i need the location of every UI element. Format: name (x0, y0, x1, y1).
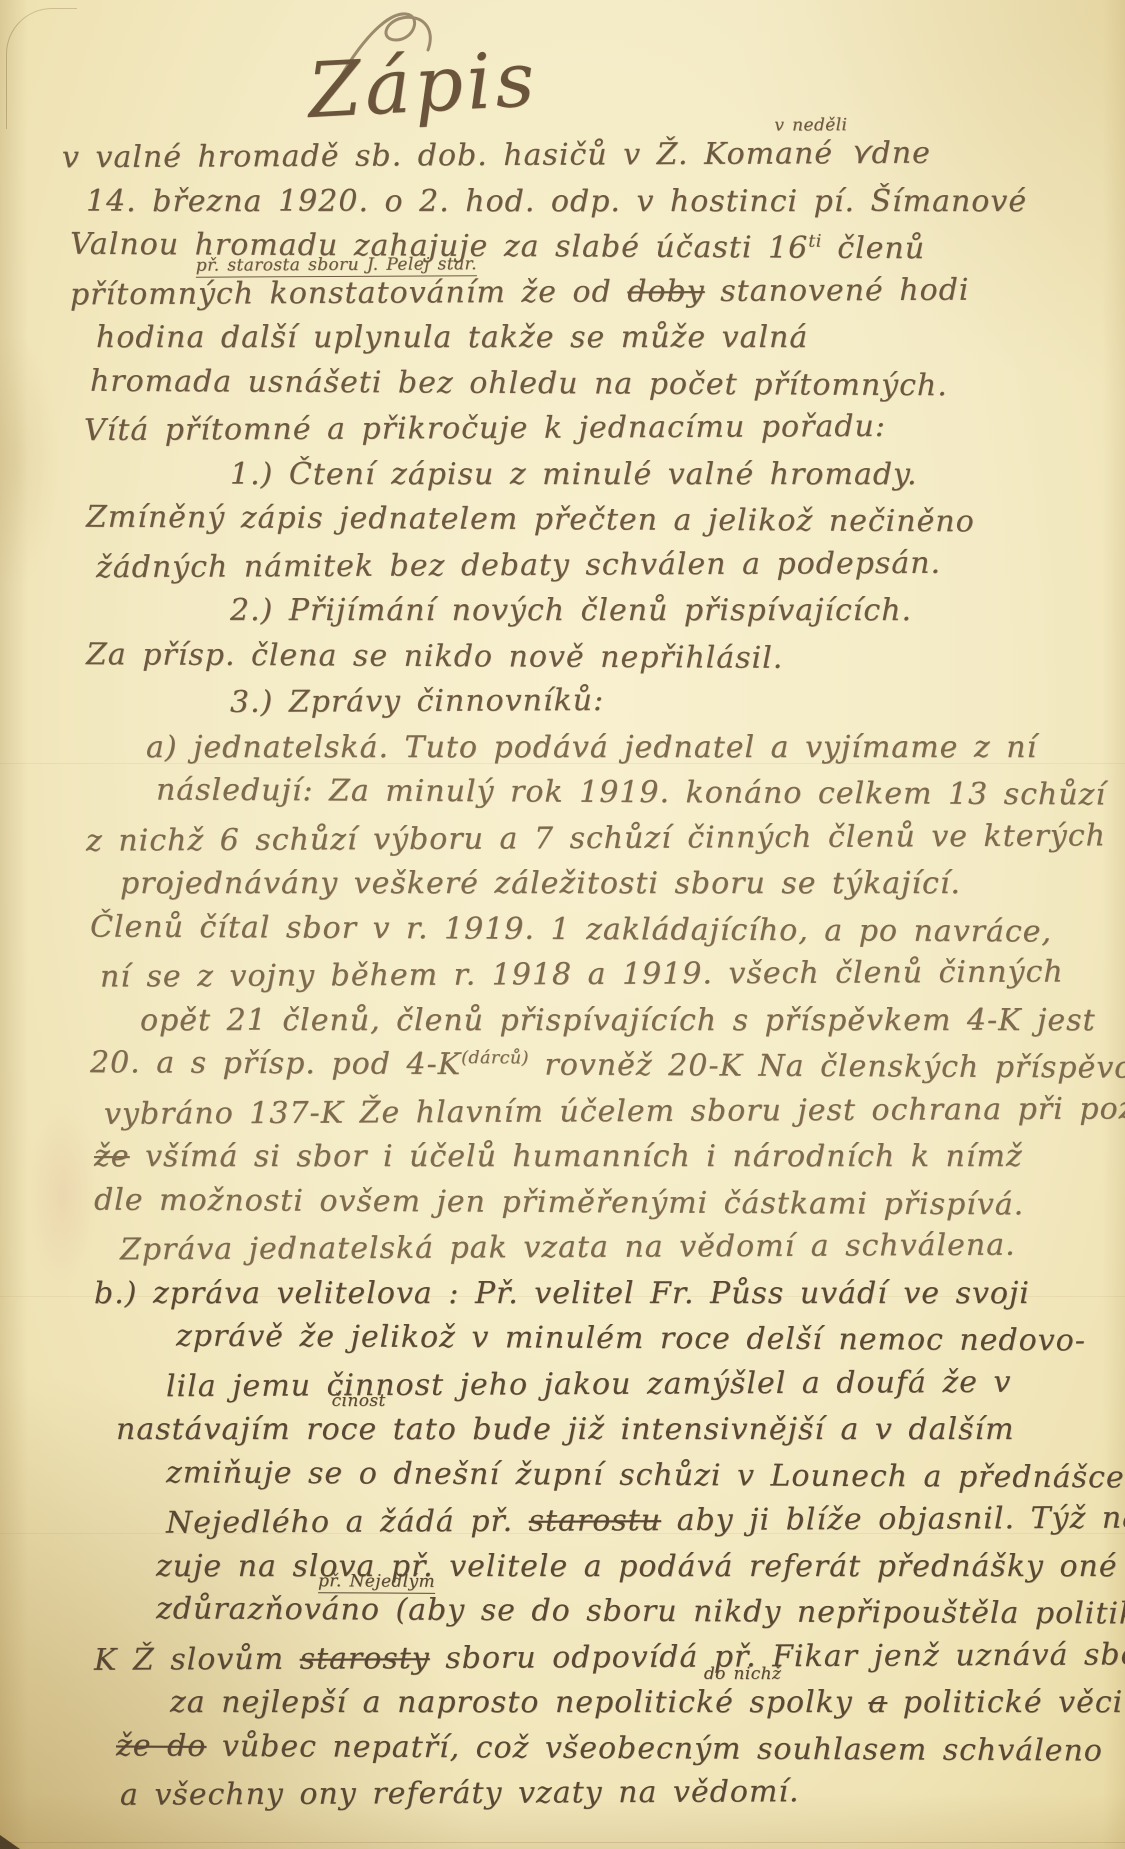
handwritten-line: vybráno 137-K Že hlavním účelem sboru je… (104, 1091, 1125, 1132)
handwritten-line: b.) zpráva velitelova : Př. velitel Fr. … (94, 1276, 1030, 1311)
line-text: ní se z vojny během r. 1918 a 1919. všec… (100, 954, 1064, 994)
line-text: a všechny ony referáty vzaty na vědomí. (120, 1774, 800, 1813)
line-text: projednávány veškeré záležitosti sboru s… (120, 866, 961, 901)
superscript-text: (dárců) (461, 1048, 529, 1068)
handwritten-line: a) jednatelská. Tuto podává jednatel a v… (146, 730, 1037, 765)
struck-text: a (868, 1685, 887, 1720)
handwritten-line: zprávě že jelikož v minulém roce delší n… (176, 1319, 1086, 1359)
handwritten-line: zuje na slova př. velitele a podává refe… (156, 1549, 1125, 1584)
handwritten-line: Za přísp. člena se nikdo nově nepřihlási… (86, 637, 783, 676)
handwritten-line: a všechny ony referáty vzaty na vědomí. (120, 1774, 800, 1813)
handwritten-line: Členů čítal sbor v r. 1919. 1 zakládajíc… (90, 909, 1052, 949)
line-text: Vítá přítomné a přikročuje k jednacímu p… (84, 409, 886, 448)
handwritten-line: K Ž slovům starosty sboru odpovídá př. F… (94, 1637, 1125, 1678)
line-text: Zpráva jednatelská pak vzata na vědomí a… (120, 1228, 1016, 1268)
line-text: zprávě že jelikož v minulém roce delší n… (176, 1319, 1086, 1359)
line-text: zuje na slova př. velitele a podává refe… (156, 1549, 1125, 1584)
line-text: vybráno 137-K Že hlavním účelem sboru je… (104, 1091, 1125, 1132)
handwritten-line: následují: Za minulý rok 1919. konáno ce… (156, 773, 1106, 813)
line-text: zdůrazňováno (aby se do sboru nikdy nepř… (156, 1591, 1125, 1631)
struck-text: starosty (300, 1641, 430, 1677)
interlinear-insertion: činost (332, 1391, 386, 1411)
struck-text: že do (116, 1728, 207, 1763)
line-text: členů (822, 231, 926, 267)
handwritten-line: 14. března 1920. o 2. hod. odp. v hostin… (86, 184, 1027, 219)
handwritten-line: Zpráva jednatelská pak vzata na vědomí a… (120, 1228, 1016, 1268)
line-text: 14. března 1920. o 2. hod. odp. v hostin… (86, 184, 1027, 219)
handwritten-line: 2.) Přijímání nových členů přispívajícíc… (230, 593, 912, 628)
interlinear-insertion: v neděli (774, 115, 847, 135)
struck-text: starostu (529, 1503, 662, 1539)
line-text: b.) zpráva velitelova : Př. velitel Fr. … (94, 1276, 1030, 1311)
line-text: aby ji blíže objasnil. Týž nava- (661, 1500, 1125, 1538)
interlinear-insertion: př. starosta sboru J. Pelej star. (196, 254, 477, 277)
handwritten-line: lila jemu činnost jeho jakou zamýšlel a … (166, 1365, 1012, 1404)
handwritten-line: přítomných konstatováním že od doby stan… (70, 273, 970, 313)
scanned-document-page: { "document": { "title": "Zápis", "paper… (0, 0, 1125, 1849)
handwritten-line: za nejlepší a naprosto nepolitické spolk… (170, 1685, 1123, 1720)
handwritten-line: z nichž 6 schůzí výboru a 7 schůzí činný… (86, 818, 1106, 858)
struck-text: že (94, 1139, 130, 1174)
line-text: Zmíněný zápis jednatelem přečten a jelik… (86, 500, 975, 540)
line-text: 20. a s přísp. pod 4-K (90, 1045, 461, 1082)
line-text: Nejedlého a žádá př. (166, 1504, 529, 1541)
handwritten-line: hodina další uplynula takže se může valn… (96, 320, 808, 355)
handwritten-line: dle možnosti ovšem jen přiměřenými částk… (94, 1183, 1024, 1223)
handwritten-line: Zmíněný zápis jednatelem přečten a jelik… (86, 500, 975, 540)
struck-text: doby (627, 274, 705, 309)
line-text: Za přísp. člena se nikdo nově nepřihlási… (86, 637, 783, 676)
line-text: hromada usnášeti bez ohledu na počet pří… (90, 364, 948, 403)
line-text: přítomných konstatováním že od (70, 274, 627, 312)
interlinear-insertion: př. Nejedlým (318, 1571, 435, 1594)
line-text: rovněž 20-K Na členských příspěvcích (529, 1047, 1125, 1085)
line-text: žádných námitek bez debaty schválen a po… (96, 546, 941, 585)
line-text: a) jednatelská. Tuto podává jednatel a v… (146, 730, 1037, 765)
handwritten-line: hromada usnášeti bez ohledu na počet pří… (90, 364, 948, 403)
line-text: zmiňuje se o dnešní župní schůzi v Loune… (166, 1455, 1125, 1495)
handwritten-line: 3.) Zprávy činnovníků: (230, 683, 604, 720)
handwritten-line: žádných námitek bez debaty schválen a po… (96, 546, 941, 585)
handwritten-line: opět 21 členů, členů přispívajících s př… (140, 1003, 1096, 1038)
document-body: v valné hromadě sb. dob. hasičů v Ž. Kom… (0, 0, 1125, 1849)
handwritten-line: zmiňuje se o dnešní župní schůzi v Loune… (166, 1455, 1125, 1495)
line-text: 1.) Čtení zápisu z minulé valné hromady. (230, 457, 918, 492)
line-text: 3.) Zprávy činnovníků: (230, 683, 604, 720)
handwritten-line: zdůrazňováno (aby se do sboru nikdy nepř… (156, 1591, 1125, 1631)
handwritten-line: projednávány veškeré záležitosti sboru s… (120, 866, 961, 901)
line-text: vůbec nepatří, což všeobecným souhlasem … (206, 1729, 1103, 1769)
handwritten-line: Vítá přítomné a přikročuje k jednacímu p… (84, 409, 886, 448)
line-text: politické věci (887, 1685, 1123, 1720)
line-text: stanovené hodi (705, 273, 970, 309)
line-text: K Ž slovům (94, 1642, 300, 1678)
superscript-text: ti (808, 232, 822, 252)
handwritten-line: v valné hromadě sb. dob. hasičů v Ž. Kom… (62, 136, 931, 176)
line-text: 2.) Přijímání nových členů přispívajícíc… (230, 593, 912, 628)
handwritten-line: ní se z vojny během r. 1918 a 1919. všec… (100, 954, 1064, 994)
line-text: opět 21 členů, členů přispívajících s př… (140, 1003, 1096, 1038)
handwritten-line: že všímá si sbor i účelů humanních i nár… (94, 1139, 1023, 1174)
line-text: následují: Za minulý rok 1919. konáno ce… (156, 773, 1106, 813)
handwritten-line: 1.) Čtení zápisu z minulé valné hromady. (230, 457, 918, 492)
interlinear-insertion: do nichž (704, 1664, 782, 1684)
line-text: lila jemu činnost jeho jakou zamýšlel a … (166, 1365, 1012, 1404)
handwritten-line: nastávajím roce tato bude již intensivně… (116, 1412, 1015, 1447)
line-text: nastávajím roce tato bude již intensivně… (116, 1412, 1015, 1447)
handwritten-line: Nejedlého a žádá př. starostu aby ji blí… (166, 1500, 1125, 1540)
line-text: Členů čítal sbor v r. 1919. 1 zakládajíc… (90, 909, 1052, 949)
handwritten-line: že do vůbec nepatří, což všeobecným souh… (116, 1728, 1103, 1768)
line-text: dle možnosti ovšem jen přiměřenými částk… (94, 1183, 1024, 1223)
line-text: hodina další uplynula takže se může valn… (96, 320, 808, 355)
line-text: z nichž 6 schůzí výboru a 7 schůzí činný… (86, 818, 1106, 858)
line-text: všímá si sbor i účelů humanních i národn… (130, 1139, 1023, 1174)
line-text: za nejlepší a naprosto nepolitické spolk… (170, 1685, 868, 1720)
handwritten-line: 20. a s přísp. pod 4-K(dárců) rovněž 20-… (90, 1045, 1125, 1086)
line-text: v valné hromadě sb. dob. hasičů v Ž. Kom… (62, 136, 931, 176)
